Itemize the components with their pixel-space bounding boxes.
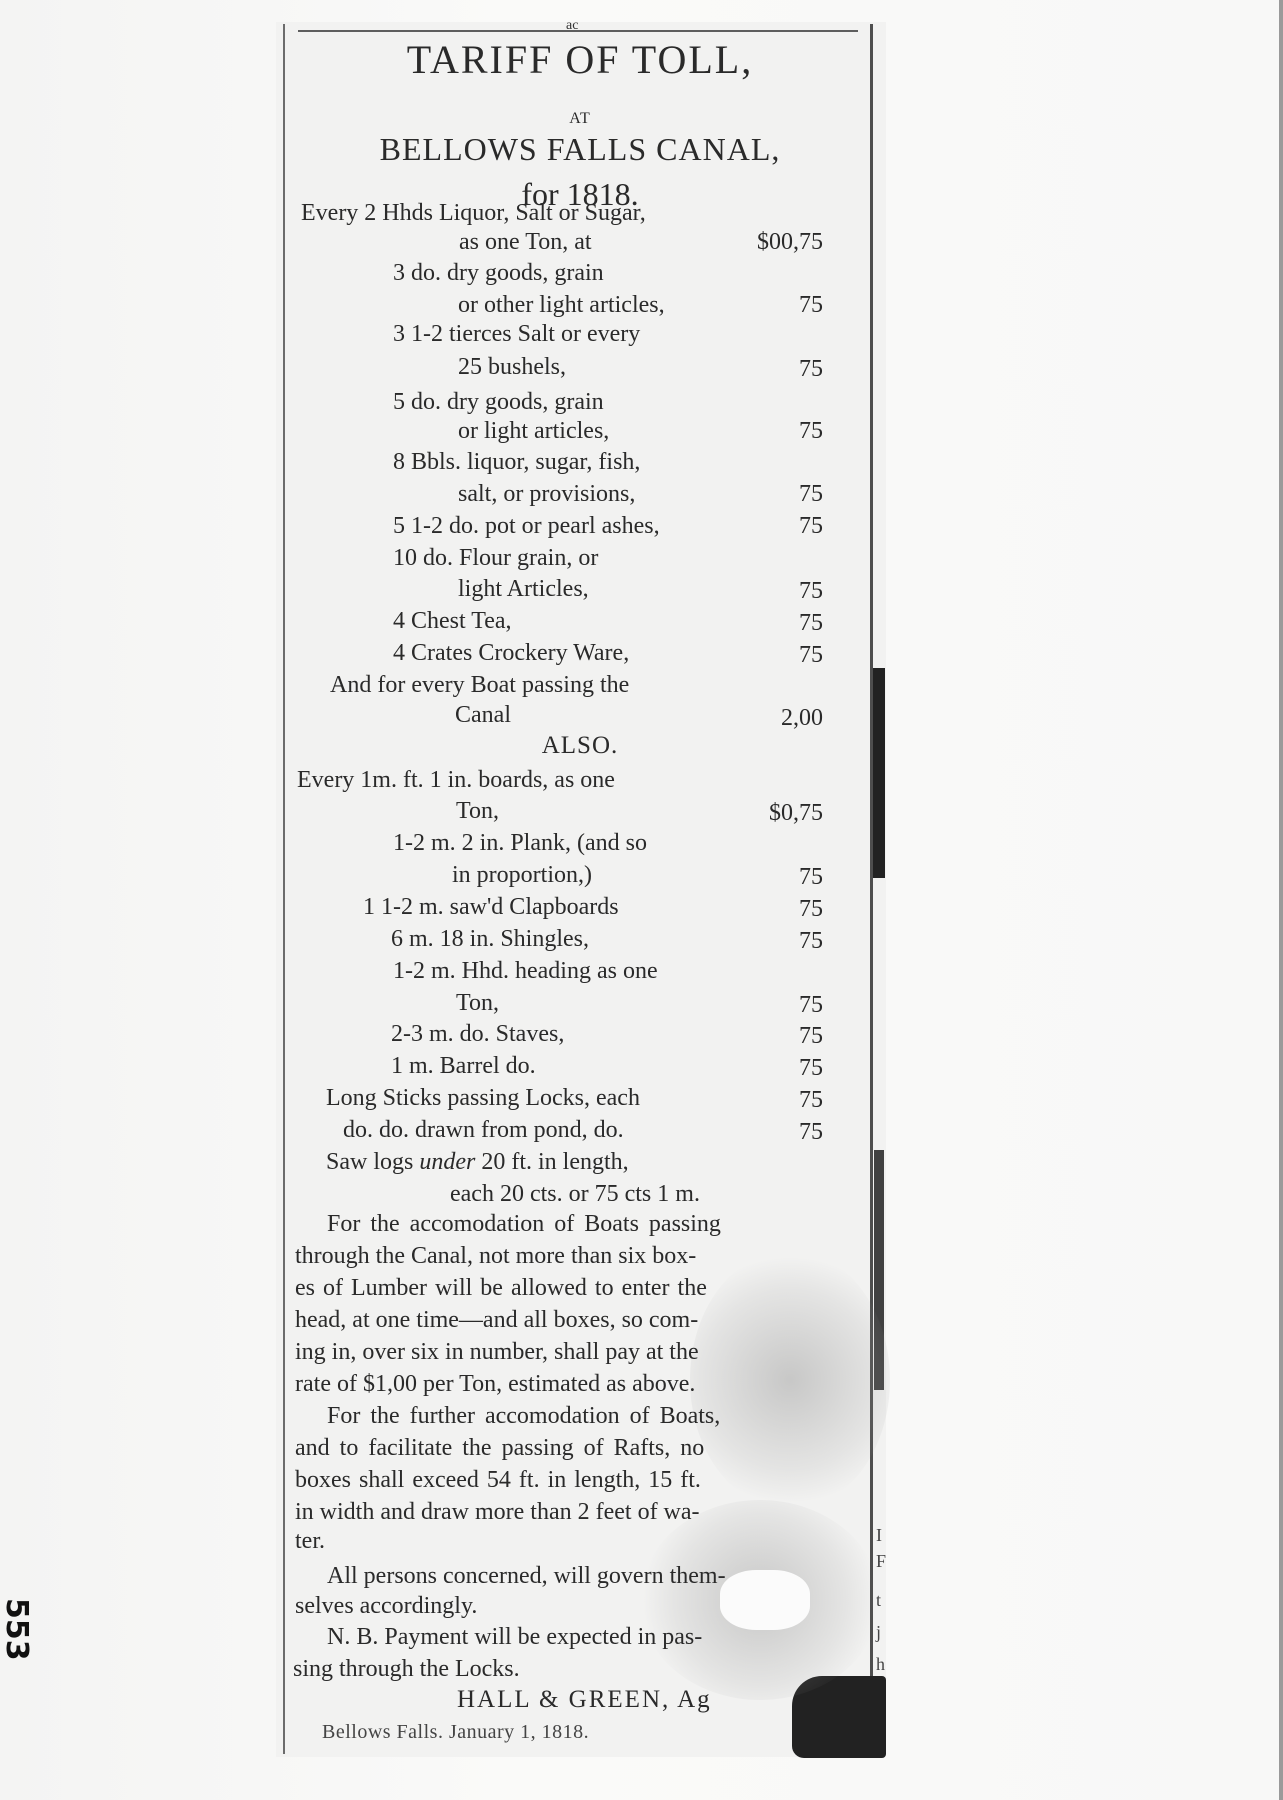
tariff-price: 75 xyxy=(799,512,823,540)
paragraph-line: ing in, over six in number, shall pay at… xyxy=(295,1338,699,1366)
top-mark: ac xyxy=(566,18,578,34)
dateline: Bellows Falls. January 1, 1818. xyxy=(322,1718,589,1746)
lumber-line: 1 1-2 m. saw'd Clapboards xyxy=(363,893,619,921)
lumber-line: Ton, xyxy=(456,797,499,825)
tariff-line: 10 do. Flour grain, or xyxy=(393,544,598,572)
tariff-line: 4 Chest Tea, xyxy=(393,607,512,635)
lumber-price: 75 xyxy=(799,895,823,923)
handwritten-page-number: 553 xyxy=(0,1598,34,1661)
lumber-line: 1-2 m. 2 in. Plank, (and so xyxy=(393,829,647,857)
tariff-line: 3 do. dry goods, grain xyxy=(393,259,604,287)
also-heading: ALSO. xyxy=(290,732,870,760)
lumber-line: 1 m. Barrel do. xyxy=(391,1052,536,1080)
lumber-price: $0,75 xyxy=(769,799,823,827)
saw-logs-text: 20 ft. in length, xyxy=(475,1149,628,1175)
signature: HALL & GREEN, Ag xyxy=(457,1686,712,1714)
lumber-line: do. do. drawn from pond, do. xyxy=(343,1116,624,1144)
tariff-line: 25 bushels, xyxy=(458,353,566,381)
tariff-line: And for every Boat passing the xyxy=(330,671,629,699)
tariff-price: $00,75 xyxy=(757,228,823,256)
tariff-line: 3 1-2 tierces Salt or every xyxy=(393,320,640,348)
paragraph-line: through the Canal, not more than six box… xyxy=(295,1242,696,1270)
lumber-price: 75 xyxy=(799,1022,823,1050)
tear-hole xyxy=(720,1570,810,1630)
lumber-line: in proportion,) xyxy=(452,861,592,889)
paragraph-line: selves accordingly. xyxy=(295,1592,477,1620)
tariff-line: as one Ton, at xyxy=(459,228,592,256)
tariff-line: 5 do. dry goods, grain xyxy=(393,388,604,416)
adjacent-fragment: F xyxy=(876,1551,886,1572)
lumber-line: 1-2 m. Hhd. heading as one xyxy=(393,957,658,985)
tariff-price: 75 xyxy=(799,609,823,637)
lumber-line: Ton, xyxy=(456,989,499,1017)
tariff-line: 5 1-2 do. pot or pearl ashes, xyxy=(393,512,660,540)
title: TARIFF OF TOLL, xyxy=(290,38,870,82)
paragraph-line: es of Lumber will be allowed to enter th… xyxy=(295,1274,707,1302)
saw-logs-text: Saw logs xyxy=(326,1149,419,1175)
adjacent-fragment: t xyxy=(876,1590,881,1611)
paragraph-line: ter. xyxy=(295,1527,325,1555)
adjacent-fragment: h xyxy=(876,1654,885,1675)
lumber-line: Long Sticks passing Locks, each xyxy=(326,1084,640,1112)
tariff-line: or other light articles, xyxy=(458,291,665,319)
paragraph-line: sing through the Locks. xyxy=(293,1655,520,1683)
tariff-price: 75 xyxy=(799,480,823,508)
tariff-line: or light articles, xyxy=(458,417,609,445)
photo-edge xyxy=(1279,0,1283,1800)
tariff-line: 8 Bbls. liquor, sugar, fish, xyxy=(393,448,640,476)
tariff-line: salt, or provisions, xyxy=(458,480,635,508)
saw-logs-emphasis: under xyxy=(419,1149,475,1175)
lumber-line: 6 m. 18 in. Shingles, xyxy=(391,925,589,953)
paragraph-line: head, at one time—and all boxes, so com- xyxy=(295,1306,698,1334)
lumber-price: 75 xyxy=(799,991,823,1019)
tariff-line: Every 2 Hhds Liquor, Salt or Sugar, xyxy=(301,199,646,227)
tariff-price: 2,00 xyxy=(781,704,823,732)
tariff-line: Canal xyxy=(455,701,511,729)
adjacent-fragment: j xyxy=(876,1622,881,1643)
damage-strip xyxy=(873,668,885,878)
tariff-line: light Articles, xyxy=(458,575,589,603)
paragraph-line: For the further accomodation of Boats, xyxy=(327,1402,720,1430)
saw-logs-line: Saw logs under 20 ft. in length, xyxy=(326,1148,629,1176)
tariff-line: 4 Crates Crockery Ware, xyxy=(393,639,629,667)
title-at: AT xyxy=(290,110,870,128)
lumber-price: 75 xyxy=(799,1086,823,1114)
paragraph-line: rate of $1,00 per Ton, estimated as abov… xyxy=(295,1370,695,1398)
lumber-price: 75 xyxy=(799,863,823,891)
paragraph-line: All persons concerned, will govern them- xyxy=(327,1562,726,1590)
lumber-price: 75 xyxy=(799,1054,823,1082)
title-location: BELLOWS FALLS CANAL, xyxy=(290,131,870,167)
column-rule-right xyxy=(870,24,873,1734)
lumber-price: 75 xyxy=(799,927,823,955)
tariff-price: 75 xyxy=(799,641,823,669)
adjacent-fragment: I xyxy=(876,1525,882,1546)
stain xyxy=(690,1250,890,1510)
paragraph-line: N. B. Payment will be expected in pas- xyxy=(327,1623,702,1651)
tariff-price: 75 xyxy=(799,417,823,445)
column-rule-left xyxy=(283,24,285,1754)
tariff-price: 75 xyxy=(799,291,823,319)
paragraph-line: For the accomodation of Boats passing xyxy=(327,1210,721,1238)
tariff-price: 75 xyxy=(799,577,823,605)
photo-page: 553 ac I F t j h TARIFF OF TOLL, AT BELL… xyxy=(0,0,1283,1800)
paragraph-line: boxes shall exceed 54 ft. in length, 15 … xyxy=(295,1466,701,1494)
paragraph-line: in width and draw more than 2 feet of wa… xyxy=(295,1498,700,1526)
lumber-line: 2-3 m. do. Staves, xyxy=(391,1020,564,1048)
lumber-line: Every 1m. ft. 1 in. boards, as one xyxy=(297,766,615,794)
tariff-price: 75 xyxy=(799,355,823,383)
lumber-price: 75 xyxy=(799,1118,823,1146)
paragraph-line: and to facilitate the passing of Rafts, … xyxy=(295,1434,704,1462)
saw-logs-rate: each 20 cts. or 75 cts 1 m. xyxy=(450,1180,700,1208)
